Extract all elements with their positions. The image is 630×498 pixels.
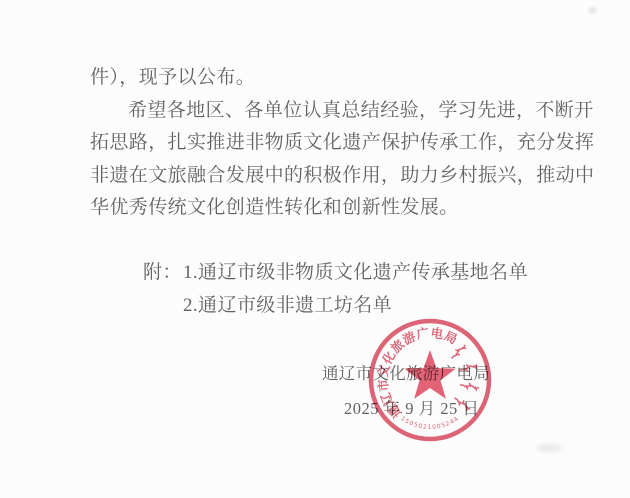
seal-star-icon [404,350,455,399]
scan-smudge [536,444,562,452]
body-line-5: 华优秀传统文化创造性转化和创新性发展。 [90,192,585,225]
mongolian-script-column [459,362,478,373]
scan-speck [588,7,597,14]
official-seal: 通辽市文化旅游广电局 1505021005244 [345,295,515,465]
mongolian-script-column [453,396,471,411]
attachment-label: 附： [143,257,183,322]
mongolian-script-column [460,382,479,391]
document-page: 件），现予以公布。 希望各地区、各单位认真总结经验，学习先进，不断开 拓思路，扎… [0,0,630,498]
body-line-3: 拓思路，扎实推进非物质文化遗产保护传承工作，充分发挥 [90,127,585,160]
body-line-2: 希望各地区、各单位认真总结经验，学习先进，不断开 [90,95,585,128]
body-text: 件），现予以公布。 希望各地区、各单位认真总结经验，学习先进，不断开 拓思路，扎… [90,62,585,225]
body-line-1: 件），现予以公布。 [90,62,585,95]
seal-code: 1505021005244 [400,415,461,431]
attachment-item-1: 1.通辽市级非物质文化遗产传承基地名单 [183,257,528,290]
seal-mongolian-script [450,343,479,411]
body-line-4: 非遗在文旅融合发展中的积极作用，助力乡村振兴，推动中 [90,160,585,193]
